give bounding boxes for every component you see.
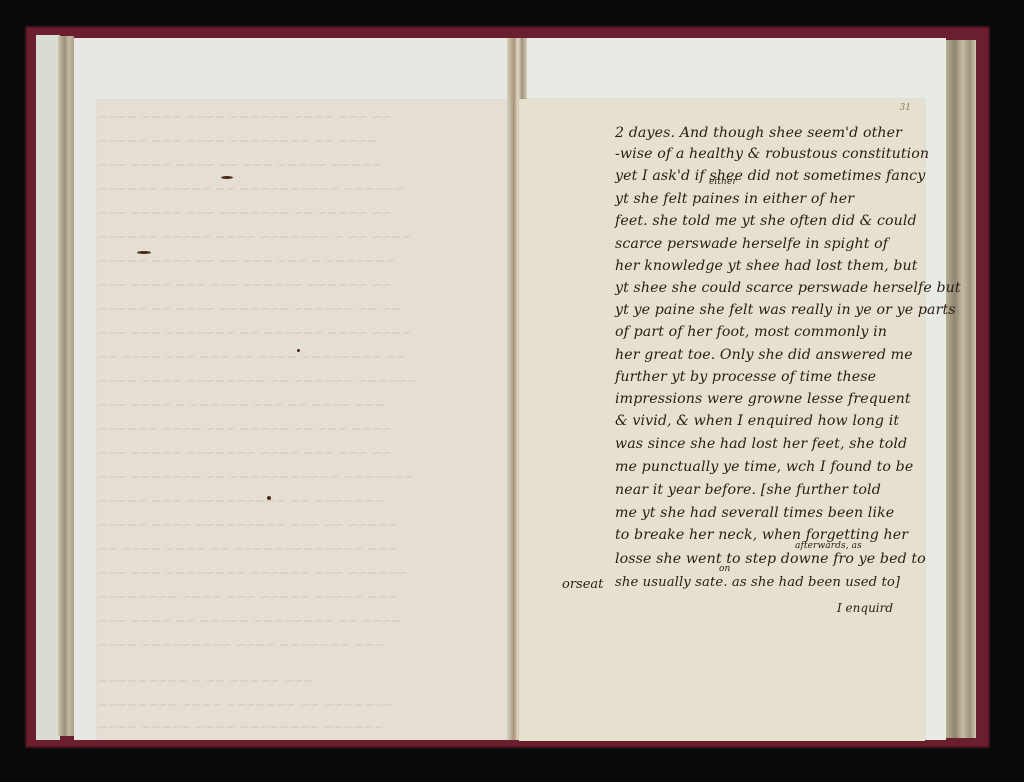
left-manuscript-leaf: ~~ ~~~ ~~~~ ~~~~~~ ~~~~ ~~~~ ~~~~ ~~~~ ~… [97,100,506,740]
bleed-through-text: ~~~~ ~~ ~~~~~~~~ ~~~~ ~~~ ~~~~~ [97,134,506,135]
left-page-edges [58,36,74,736]
manuscript-line: yt she felt paines in either of her [615,191,854,207]
bleed-through-text: ~~~ ~~~~~ ~~~~~ ~~~ ~~~~ ~~~~~~~~ [97,590,506,591]
bleed-through-text: ~~ ~~ ~~~~~~ ~~~~~~~ ~~~~ ~~ ~~~~~ [97,302,506,303]
manuscript-line: further yt by processe of time these [615,369,876,385]
ink-blot [221,176,233,179]
bleed-through-text: ~~~ ~~~~~ ~~ ~ ~~~~~~~~~ [97,674,506,675]
ink-blot [267,496,271,500]
bleed-through-text: ~~~~~~~ ~~ ~~~~~~~ ~~~~ ~~~~~~~~ [97,698,506,699]
bleed-through-text: ~~~~~~ ~~~~~~~~ ~~~~ ~~~~~ ~~~~ [97,720,506,721]
manuscript-line: me yt she had severall times been like [615,505,894,521]
manuscript-line: scarce perswade herselfe in spight of [615,236,888,252]
catchword: I enquird [837,601,893,615]
bleed-through-text: ~~~~ ~~ ~~~~~~~~ ~~~~~ ~~ ~~~~ ~~~ [97,614,506,615]
manuscript-line: near it year before. [she further told [615,482,881,498]
interlinear-note: on [719,564,730,574]
bleed-through-text: ~~~~ ~~ ~ ~~~~~~~ ~~~~ ~~~~~ ~~~~~~ [97,230,506,231]
bleed-through-text: ~~~~~~ ~~~~~~~~~~ ~~ ~~~~~ ~~~~~~ [97,182,506,183]
manuscript-line: & vivid, & when I enquired how long it [615,413,899,429]
bleed-through-text: ~~~~~~~ ~~~~~~~~~~~ ~~ ~~~~~~~ ~~~ [97,470,506,471]
bleed-through-text: ~~ ~~~ ~~~ ~~~~ ~~~~~~~ ~~~~~ ~~~ [97,446,506,447]
right-manuscript-leaf: 31 2 dayes. And though shee seem'd other… [519,99,925,741]
bleed-through-text: ~~~ ~~~~~~~~~~~~~ ~~ ~~~~ ~~~~ ~~ [97,542,506,543]
bleed-through-text: ~~ ~~~~~~ ~~~~~~ ~~~ ~~~ ~~~~ ~~~ [97,278,506,279]
margin-note: orseat [562,577,603,592]
manuscript-line: me punctually ye time, wch I found to be [615,459,913,475]
manuscript-line: to breake her neck, when forgetting her [615,527,908,543]
handwritten-text-block: 2 dayes. And though shee seem'd other -w… [519,99,925,741]
manuscript-line: losse she went to step downe fro ye bed … [615,551,926,567]
bleed-through-text: ~~~~~~ ~~~~~~ ~~ ~~~~~~~~ ~~~~ ~~~~ [97,374,506,375]
bleed-through-text: ~~~~~ ~~ ~~~ ~~~~~~~~~ ~~~~ ~~~~~ [97,518,506,519]
manuscript-line: yt shee she could scarce perswade hersel… [615,280,961,296]
bleed-through-text: ~~~ ~~~~ ~~ ~~~ ~~~~~~ ~ ~~~~ ~~~ [97,398,506,399]
manuscript-line: of part of her foot, most commonly in [615,324,887,340]
left-flyleaf [36,35,60,740]
bleed-through-text: ~~ ~~~~~ ~~ ~~~~~~~ ~~~ ~~~~~ ~~~ [97,206,506,207]
manuscript-line: her knowledge yt shee had lost them, but [615,258,918,274]
manuscript-line: yt ye paine she felt was really in ye or… [615,302,956,318]
interlinear-note: either [709,177,737,187]
manuscript-line: her great toe. Only she did answered me [615,347,913,363]
manuscript-line: impressions were growne lesse frequent [615,391,911,407]
bleed-through-text: ~~~ ~~~~~~~ ~~~~ ~~~~~~~~~ ~~~~ [97,638,506,639]
bleed-through-text: ~~~~~~ ~~~ ~~~~~~ ~~~~~~~~ ~~~ ~~~ [97,566,506,567]
manuscript-line: feet. she told me yt she often did & cou… [615,213,917,229]
ink-blot [137,251,151,254]
manuscript-line: -wise of a healthy & robustous constitut… [615,146,929,162]
bleed-through-text: ~~~~~ ~~~~~ ~~~ ~~ ~~~~ ~~~~ ~~~ [97,158,506,159]
bleed-through-text: ~~~~ ~~~ ~~ ~~~~~ ~~~ ~~~~ ~~~~~~ [97,422,506,423]
bleed-through-text: ~~~~~~~ ~ ~~~ ~~~ ~~ ~~ ~~~~ ~~~~~ [97,254,506,255]
right-page-edges [946,40,976,738]
bleed-through-text: ~~~~ ~~~~ ~~~~~~ ~~ ~~~~~~~ ~~~ ~~~ [97,326,506,327]
manuscript-line: 2 dayes. And though shee seem'd other [615,125,902,141]
bleed-through-text: ~~ ~~~ ~~~~ ~~~~~~ ~~~~ ~~~~ ~~~~ [97,110,506,111]
manuscript-line: was since she had lost her feet, she tol… [615,436,907,452]
ink-blot [297,349,300,352]
manuscript-line: she usually sate. as she had been used t… [615,575,900,590]
interlinear-note: afterwards, as [795,541,862,551]
bleed-through-text: ~~~~~~~ ~~ ~~~~~~~~~~ ~~~ ~~~~~ [97,494,506,495]
manuscript-line: yet I ask'd if shee did not sometimes fa… [615,168,925,184]
bleed-through-text: ~~ ~~~~~~~~ ~~~~ ~~ ~~~ ~~~ ~~~~ ~~ [97,350,506,351]
